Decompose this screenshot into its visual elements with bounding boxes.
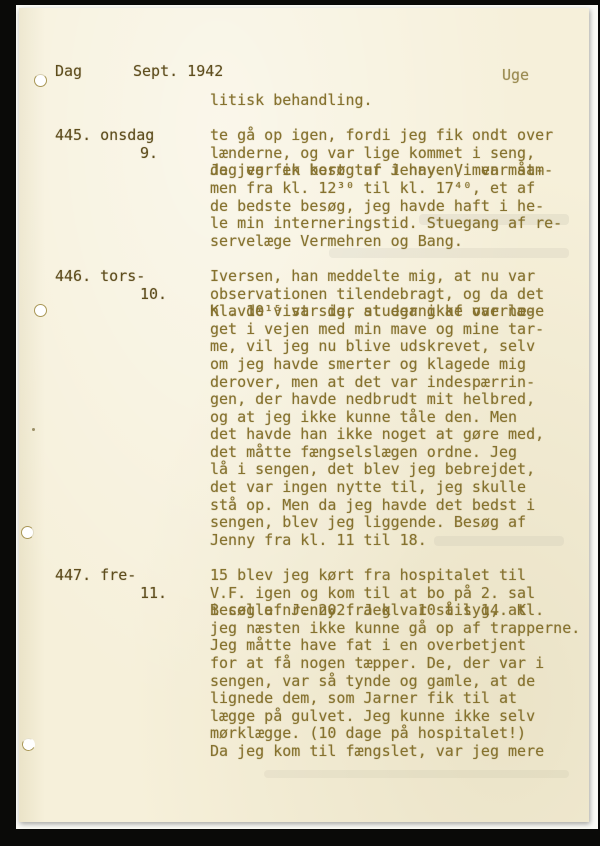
diary-line: me, vil jeg nu blive udskrevet, selv [19,338,589,356]
diary-line: mørklægge. (10 dage på hospitalet!) [19,725,589,743]
diary-line-text: lignede dem, som Jarner fik til at [210,690,517,708]
diary-line-text: de bedste besøg, jeg havde haft i he- [210,198,544,216]
diary-line-text: le min interneringstid. Stuegang af re- [210,215,562,233]
diary-line: sengen, var så tynde og gamle, at de [19,673,589,691]
diary-line-text: og at jeg ikke kunne tåle den. Men [210,409,517,427]
diary-line: lægge på gulvet. Jeg kunne ikke selv [19,708,589,726]
diary-line: V.F. igen og kom til at bo på 2. sal [19,585,589,603]
diary-line-text: sengen, var så tynde og gamle, at de [210,673,535,691]
diary-body: litisk behandling. 445. onsdag 9. Jeg va… [19,92,589,761]
diary-line-text: om jeg havde smerter og klagede mig [210,356,526,374]
diary-line-text: 15 blev jeg kørt fra hospitalet til [210,567,526,585]
diary-entry-start: 445. onsdag 9. Jeg var en kort tur i hav… [19,110,589,128]
diary-line: i celle nr. 202. Jeg var så syg, at [19,602,589,620]
header-week-label: Uge [502,66,529,84]
diary-line: det havde han ikke noget at gøre med, [19,426,589,444]
diary-line: jeg næsten ikke kunne gå op af trapperne… [19,620,589,638]
diary-line-text: i celle nr. 202. Jeg var så syg, at [210,602,526,620]
diary-line: litisk behandling. [19,92,589,110]
diary-line: lænderne, og var lige kommet i seng, [19,145,589,163]
diary-line-text: te gå op igen, fordi jeg fik ondt over [210,127,553,145]
diary-line: om jeg havde smerter og klagede mig [19,356,589,374]
diary-line: te gå op igen, fordi jeg fik ondt over [19,127,589,145]
diary-line-text: for at få nogen tæpper. De, der var i [210,655,544,673]
diary-line: det var ingen nytte til, jeg skulle [19,479,589,497]
diary-line: stå op. Men da jeg havde det bedst i [19,497,589,515]
diary-line-text: derover, men at det var indespærrin- [210,374,535,392]
diary-line-text: get i vejen med min mave og mine tar- [210,321,544,339]
diary-line-text: Jenny fra kl. 11 til 18. [210,532,427,550]
diary-line-text: stå op. Men da jeg havde det bedst i [210,497,535,515]
diary-line-text: observationen tilendebragt, og da det [210,286,544,304]
diary-line-text: servelæge Vermehren og Bang. [210,233,463,251]
diary-line-text: da jeg fik besøg af Jenny. Vi var sam- [210,162,553,180]
diary-line: men fra kl. 12³⁰ til kl. 17⁴⁰, et af [19,180,589,198]
diary-line: lignede dem, som Jarner fik til at [19,690,589,708]
diary-line-text: men fra kl. 12³⁰ til kl. 17⁴⁰, et af [210,180,535,198]
diary-line-text: lægge på gulvet. Jeg kunne ikke selv [210,708,535,726]
diary-line-text: jeg næsten ikke kunne gå op af trapperne… [210,620,580,638]
diary-line: servelæge Vermehren og Bang. [19,233,589,251]
diary-line-text: det måtte fængselslægen ordne. Jeg [210,444,517,462]
diary-line-text: me, vil jeg nu blive udskrevet, selv [210,338,535,356]
diary-line-text: det havde han ikke noget at gøre med, [210,426,544,444]
diary-line-text: Iversen, han meddelte mig, at nu var [210,268,535,286]
diary-line: Jenny fra kl. 11 til 18. [19,532,589,550]
diary-line: Iversen, han meddelte mig, at nu var [19,268,589,286]
diary-line-text: Jeg måtte have fat i en overbetjent [210,637,526,655]
diary-line: le min interneringstid. Stuegang af re- [19,215,589,233]
diary-line: de bedste besøg, jeg havde haft i he- [19,198,589,216]
paper-sheet: Dag Sept. 1942 Uge litisk behandling. 44… [16,5,598,829]
diary-line: get i vejen med min mave og mine tar- [19,321,589,339]
header-month-label: Sept. 1942 [133,62,223,80]
punch-hole-icon [34,74,47,87]
scan-smudge [264,770,569,778]
diary-line-text: Da jeg kom til fængslet, var jeg mere [210,743,544,761]
diary-line: sengen, blev jeg liggende. Besøg af [19,514,589,532]
diary-line: derover, men at det var indespærrin- [19,374,589,392]
diary-line: lå i sengen, det blev jeg bebrejdet, [19,461,589,479]
header-day-label: Dag [55,62,82,80]
diary-line: 15 blev jeg kørt fra hospitalet til [19,567,589,585]
diary-line: for at få nogen tæpper. De, der var i [19,655,589,673]
diary-entry-start: 446. tors- 10. Kl. 10¹⁵ var der stuegang… [19,250,589,268]
diary-line: da jeg fik besøg af Jenny. Vi var sam- [19,162,589,180]
scan-border: { "colors": { "paper": "#f6f0da", "sheet… [0,0,600,846]
diary-line-text: mørklægge. (10 dage på hospitalet!) [210,725,526,743]
diary-line: Jeg måtte have fat i en overbetjent [19,637,589,655]
diary-line: gen, der havde nedbrudt mit helbred, [19,391,589,409]
diary-line: og at jeg ikke kunne tåle den. Men [19,409,589,427]
diary-line-text: litisk behandling. [210,92,373,110]
diary-line-text: lænderne, og var lige kommet i seng, [210,145,535,163]
diary-line-text: sengen, blev jeg liggende. Besøg af [210,514,526,532]
diary-line: Da jeg kom til fængslet, var jeg mere [19,743,589,761]
diary-line-text: lå i sengen, det blev jeg bebrejdet, [210,461,535,479]
diary-line-text: det var ingen nytte til, jeg skulle [210,479,526,497]
diary-line: observationen tilendebragt, og da det [19,286,589,304]
diary-line: det måtte fængselslægen ordne. Jeg [19,444,589,462]
diary-line-text: V.F. igen og kom til at bo på 2. sal [210,585,535,603]
diary-line: h avde vist sig, at der ikke var no- [19,303,589,321]
diary-line-text: gen, der havde nedbrudt mit helbred, [210,391,535,409]
diary-entry-start: 447. fre- 11. Besøg af Jenny fra kl. 10 … [19,549,589,567]
diary-line-text: h avde vist sig, at der ikke var no- [210,303,535,321]
diary-page: Dag Sept. 1942 Uge litisk behandling. 44… [19,8,589,822]
